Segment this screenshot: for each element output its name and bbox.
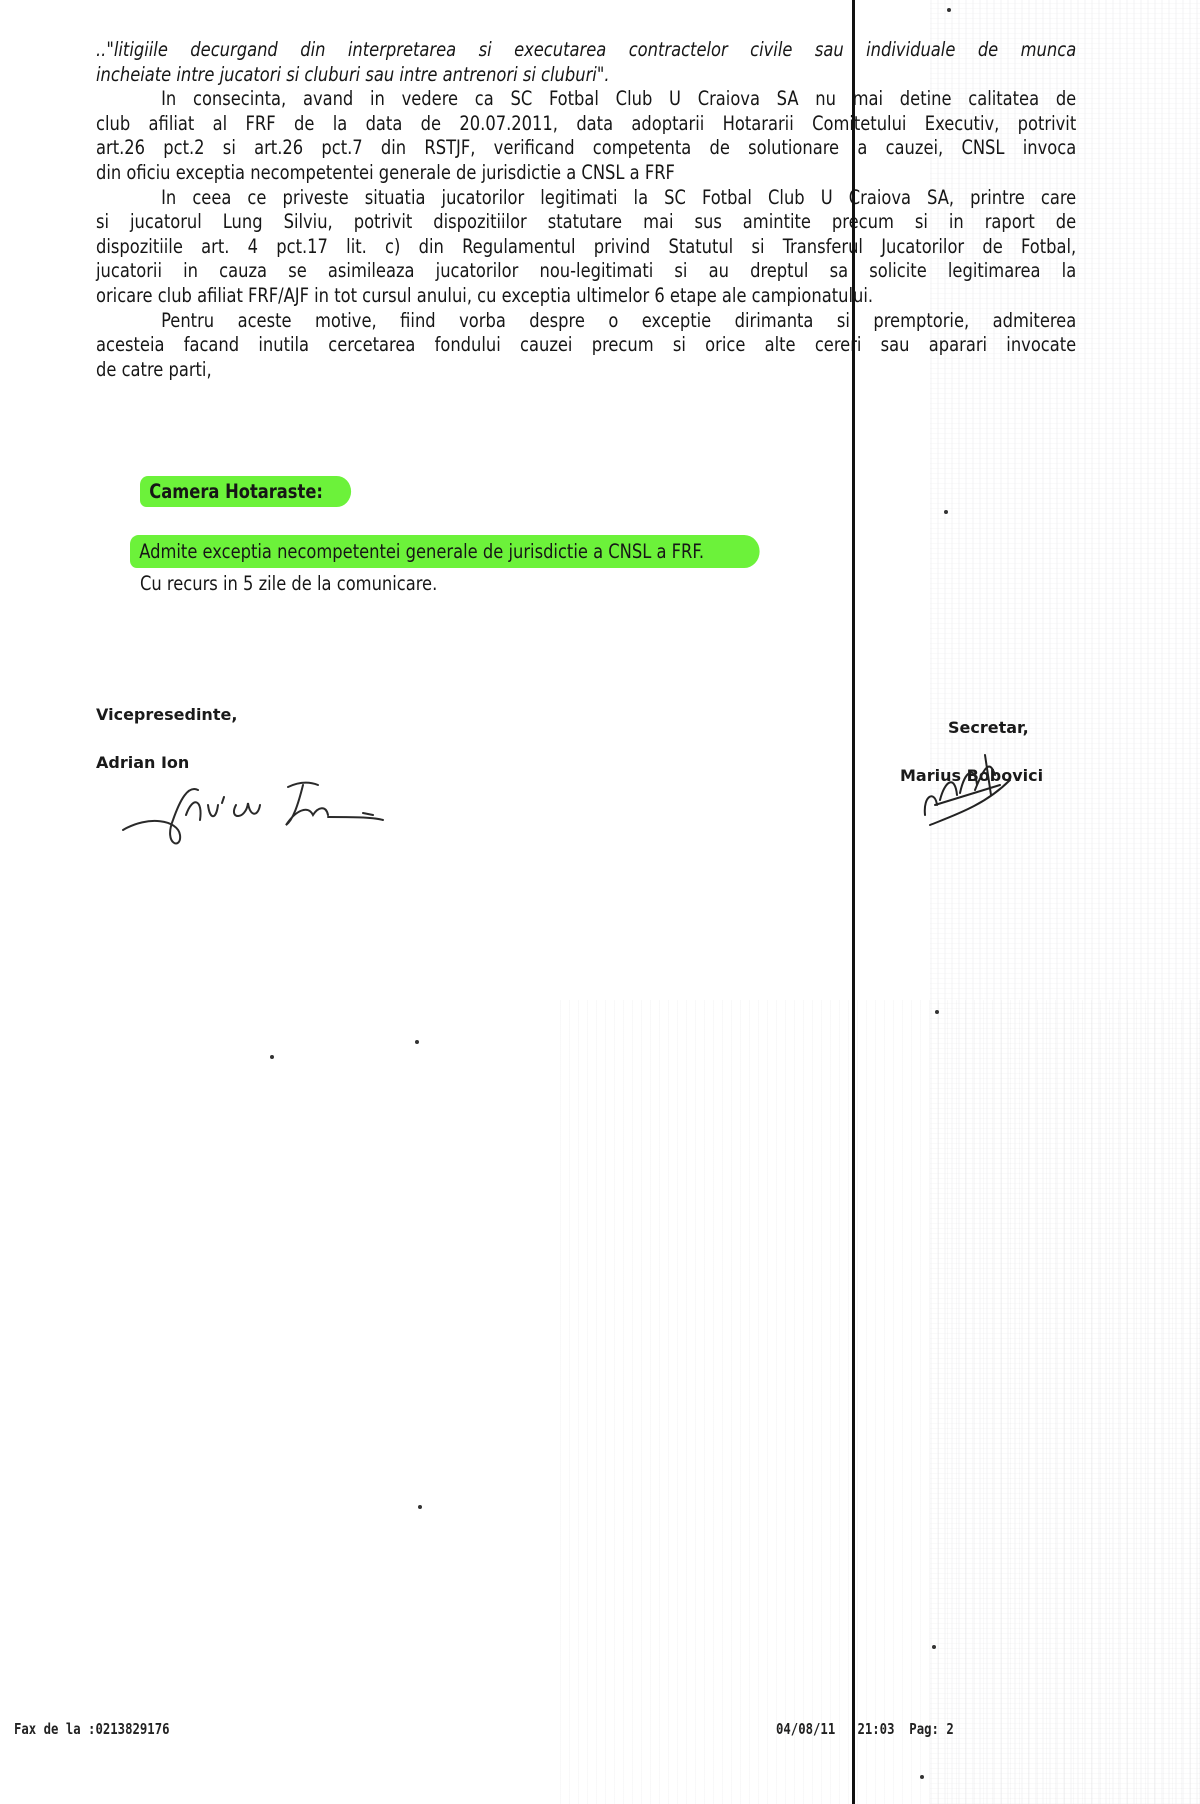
fax-transmission-info: 04/08/11 21:03 Pag: 2 [776, 1720, 954, 1738]
scan-speck [418, 1505, 422, 1509]
text-line: din oficiu exceptia necompetentei genera… [96, 161, 1076, 186]
decision-heading: Camera Hotaraste: [140, 480, 351, 503]
scan-speck [944, 510, 948, 514]
scan-speck [920, 1775, 924, 1779]
text-line: acesteia facand inutila cercetarea fondu… [96, 333, 1076, 358]
text-line: club afiliat al FRF de la data de 20.07.… [96, 112, 1076, 137]
paragraph-situatia: In ceea ce priveste situatia jucatorilor… [96, 186, 1076, 309]
scan-noise [560, 1000, 1200, 1804]
quoted-paragraph: .."litigiile decurgand din interpretarea… [96, 38, 1076, 87]
signatory-title-left: Vicepresedinte, [96, 705, 237, 724]
signature-secretar [915, 745, 1035, 835]
text-line: incheiate intre jucatori si cluburi sau … [96, 63, 1076, 88]
text-line: Pentru aceste motive, fiind vorba despre… [96, 309, 1076, 334]
fax-page-number: 2 [946, 1720, 953, 1738]
fax-page-label: Pag: [909, 1720, 939, 1738]
signatory-title-right: Secretar, [948, 718, 1029, 737]
fax-time: 21:03 [857, 1720, 894, 1738]
text-line: de catre parti, [96, 358, 1076, 383]
fax-sender: Fax de la :0213829176 [14, 1720, 170, 1738]
highlighted-heading: Camera Hotaraste: [140, 476, 351, 507]
decision-text: Admite exceptia necompetentei generale d… [130, 540, 760, 563]
paragraph-motive: Pentru aceste motive, fiind vorba despre… [96, 309, 1076, 383]
text-line: oricare club afiliat FRF/AJF in tot curs… [96, 284, 1076, 309]
signatory-name-left: Adrian Ion [96, 753, 189, 772]
scan-speck [932, 1645, 936, 1649]
scan-speck [947, 8, 951, 12]
text-line: jucatorii in cauza se asimileaza jucator… [96, 259, 1076, 284]
text-line: si jucatorul Lung Silviu, potrivit dispo… [96, 210, 1076, 235]
fax-scan-line [852, 0, 855, 1804]
text-line: art.26 pct.2 si art.26 pct.7 din RSTJF, … [96, 136, 1076, 161]
text-line: dispozitiile art. 4 pct.17 lit. c) din R… [96, 235, 1076, 260]
document-body: .."litigiile decurgand din interpretarea… [96, 38, 1076, 382]
signature-adrian-ion [118, 775, 398, 855]
scan-speck [415, 1040, 419, 1044]
scan-speck [270, 1055, 274, 1059]
fax-document-page: .."litigiile decurgand din interpretarea… [0, 0, 1200, 1804]
highlighted-decision: Admite exceptia necompetentei generale d… [130, 535, 760, 568]
scan-speck [935, 1010, 939, 1014]
fax-date: 04/08/11 [776, 1720, 835, 1738]
text-line: In consecinta, avand in vedere ca SC Fot… [96, 87, 1076, 112]
appeal-text: Cu recurs in 5 zile de la comunicare. [140, 572, 437, 595]
text-line: In ceea ce priveste situatia jucatorilor… [96, 186, 1076, 211]
paragraph-consecinta: In consecinta, avand in vedere ca SC Fot… [96, 87, 1076, 185]
text-line: .."litigiile decurgand din interpretarea… [96, 38, 1076, 63]
